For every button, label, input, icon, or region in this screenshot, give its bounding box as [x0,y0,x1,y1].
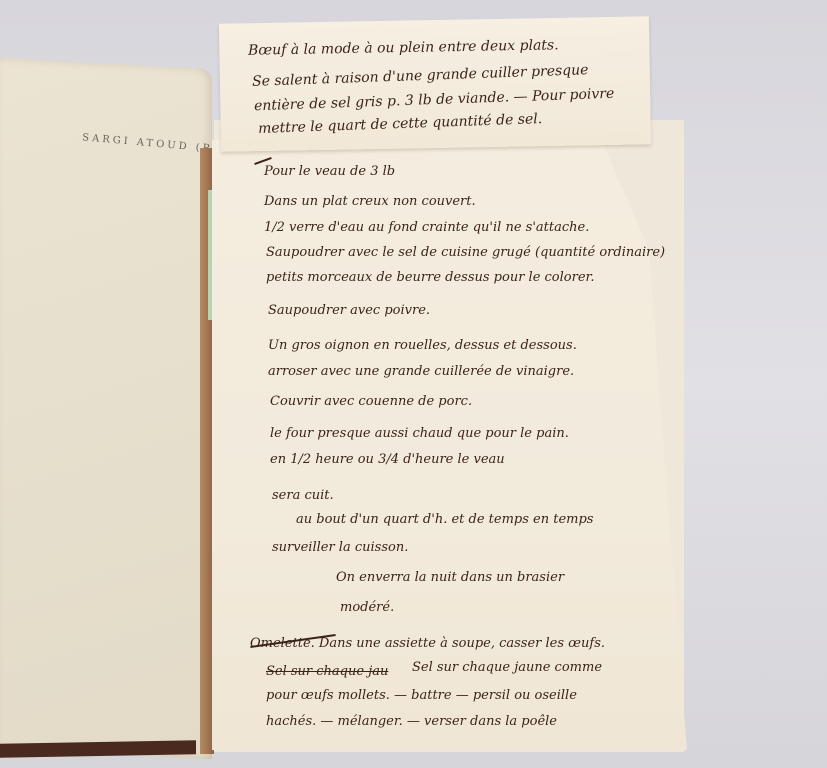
recipe-line: Saupoudrer avec le sel de cuisine grugé … [266,245,665,260]
struck-text: Sel sur chaque jau [266,664,388,679]
recipe-line: Saupoudrer avec poivre. [268,303,430,318]
recipe-line: pour œufs mollets. — battre — persil ou … [266,688,577,703]
recipe-line: surveiller la cuisson. [272,540,408,555]
recipe-line: On enverra la nuit dans un brasier [336,570,564,585]
recipe-line: arroser avec une grande cuillerée de vin… [268,364,574,379]
recipe-line: Pour le veau de 3 lb [264,164,395,179]
recipe-line: sera cuit. [272,488,334,503]
recipe-line: Un gros oignon en rouelles, dessus et de… [268,338,577,353]
recipe-line: en 1/2 heure ou 3/4 d'heure le veau [270,452,505,467]
left-book-page [0,58,212,759]
recipe-line: modéré. [340,600,394,615]
recipe-line: petits morceaux de beurre dessus pour le… [266,270,594,285]
recipe-line: 1/2 verre d'eau au fond crainte qu'il ne… [264,220,589,235]
recipe-line: Sel sur chaque jaune comme [412,660,602,675]
recipe-line: hachés. — mélanger. — verser dans la poê… [266,714,557,729]
recipe-line: Couvrir avec couenne de porc. [270,394,472,409]
recipe-line: au bout d'un quart d'h. et de temps en t… [296,512,593,527]
recipe-line: le four presque aussi chaud que pour le … [270,426,569,441]
recipe-line: Dans un plat creux non couvert. [264,194,476,209]
recipe-line: Omelette. Dans une assiette à soupe, cas… [250,636,605,651]
